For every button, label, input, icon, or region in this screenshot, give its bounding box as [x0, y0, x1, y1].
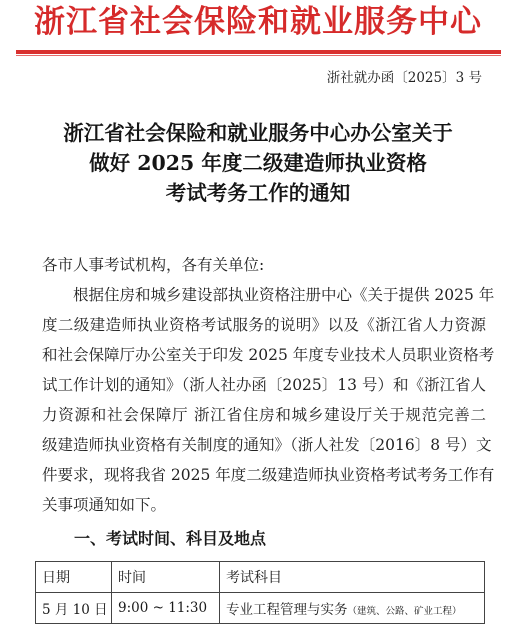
red-header-rule-thin — [16, 55, 501, 56]
subject-name: 专业工程管理与实务 — [226, 602, 348, 618]
document-title-line-2: 做好 2025 年度二级建造师执业资格 — [0, 148, 516, 178]
cell-subject: 专业工程管理与实务（建筑、公路、矿业工程） — [220, 593, 485, 624]
paragraph-line: 和社会保障厅办公室关于印发 2025 年度专业技术人员职业资格考 — [42, 340, 486, 370]
section-heading: 一、考试时间、科目及地点 — [74, 526, 266, 552]
column-header-date: 日期 — [36, 562, 112, 593]
paragraph-line: 度二级建造师执业资格考试服务的说明》以及《浙江省人力资源 — [42, 310, 486, 340]
subject-note: （建筑、公路、矿业工程） — [348, 606, 462, 617]
table-header-row: 日期 时间 考试科目 — [36, 562, 485, 593]
document-title-line-1: 浙江省社会保险和就业服务中心办公室关于 — [0, 118, 516, 148]
salutation: 各市人事考试机构，各有关单位: — [42, 250, 486, 280]
cell-date: 5 月 10 日 — [36, 593, 112, 624]
issuing-organization-header: 浙江省社会保险和就业服务中心 — [0, 2, 516, 42]
document-number: 浙社就办函〔2025〕3 号 — [327, 68, 482, 88]
table-row: 5 月 10 日 9:00 ~ 11:30 专业工程管理与实务（建筑、公路、矿业… — [36, 593, 485, 624]
paragraph-line: 级建造师执业资格有关制度的通知》（浙人社发〔2016〕8 号）文 — [42, 430, 486, 460]
paragraph-line: 件要求，现将我省 2025 年度二级建造师执业资格考试考务工作有 — [42, 460, 486, 490]
column-header-time: 时间 — [112, 562, 220, 593]
exam-schedule-table: 日期 时间 考试科目 5 月 10 日 9:00 ~ 11:30 专业工程管理与… — [35, 561, 485, 624]
cell-time: 9:00 ~ 11:30 — [112, 593, 220, 624]
paragraph-line: 根据住房和城乡建设部执业资格注册中心《关于提供 2025 年 — [73, 280, 486, 310]
paragraph-line: 力资源和社会保障厅 浙江省住房和城乡建设厅关于规范完善二 — [42, 400, 486, 430]
document-title-line-3: 考试考务工作的通知 — [0, 178, 516, 208]
paragraph-line: 关事项通知如下。 — [42, 490, 486, 520]
red-header-rule — [16, 50, 501, 54]
paragraph-line: 试工作计划的通知》（浙人社办函〔2025〕13 号）和《浙江省人 — [42, 370, 486, 400]
column-header-subject: 考试科目 — [220, 562, 485, 593]
